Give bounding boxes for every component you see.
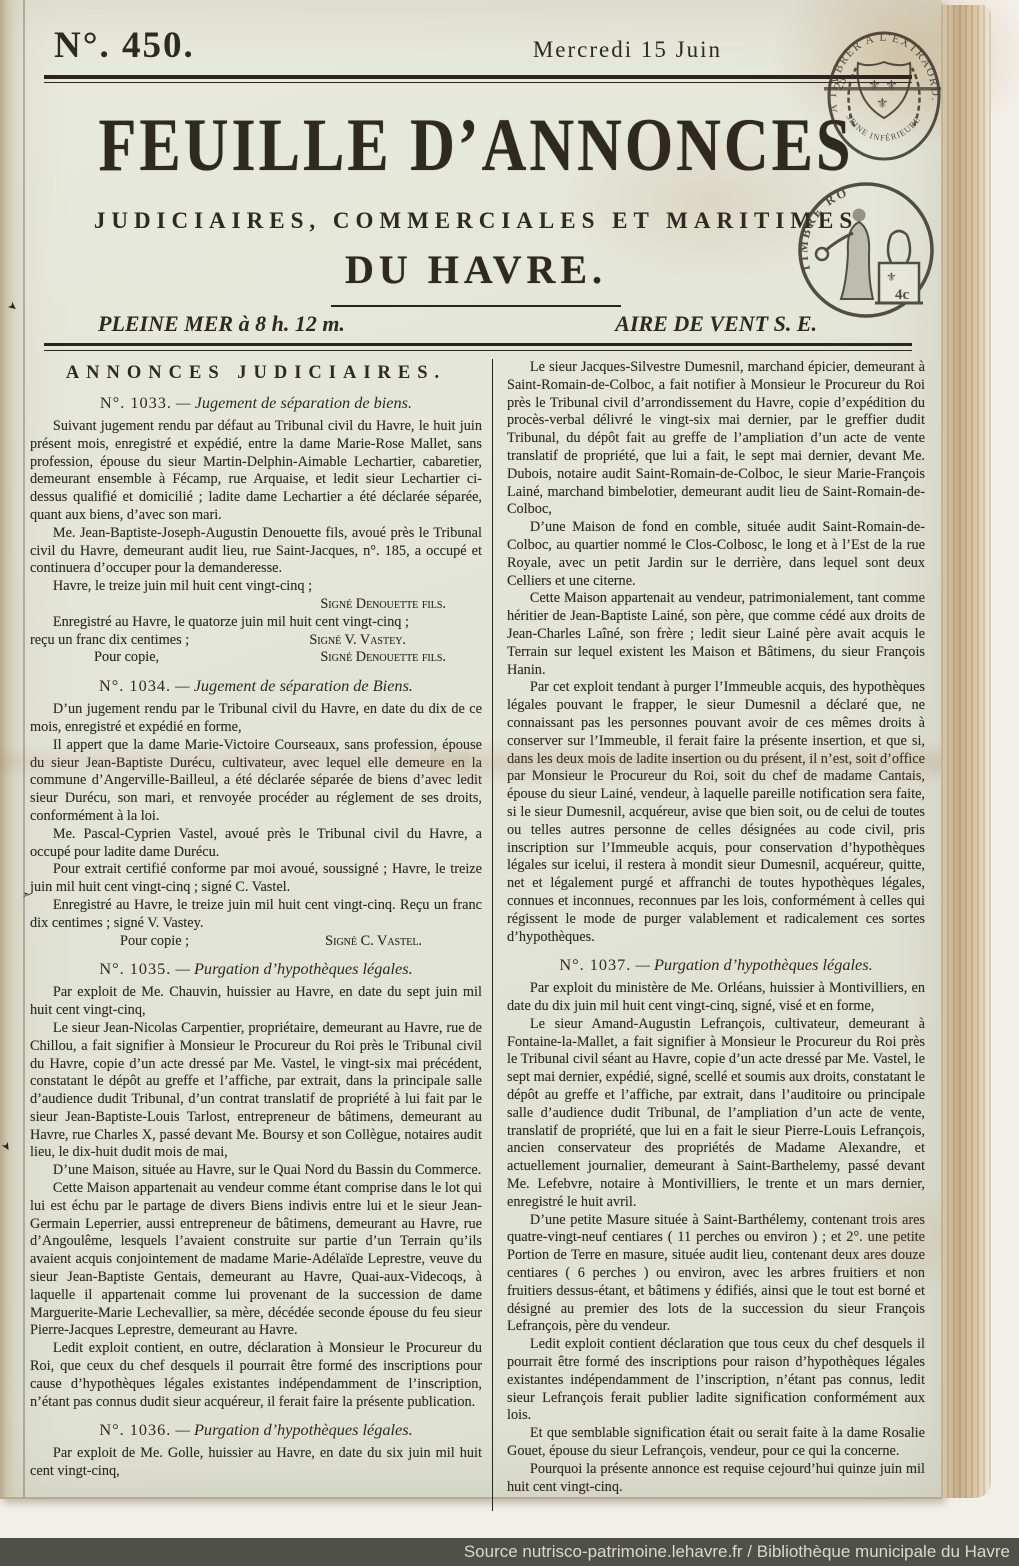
notice-subject: — Jugement de séparation de Biens.: [175, 676, 413, 695]
paragraph: Le sieur Amand-Augustin Lefrançois, cult…: [507, 1016, 925, 1212]
paragraph: Par exploit de Me. Chauvin, huissier au …: [30, 984, 482, 1020]
masthead-subtitle: JUDICIAIRES, COMMERCIALES ET MARITIMES: [40, 208, 912, 234]
signature-row: reçu un franc dix centimes ; Signé V. Va…: [30, 632, 482, 650]
notice-subject: — Purgation d’hypothèques légales.: [175, 959, 412, 978]
issue-number: N°. 450.: [54, 24, 195, 67]
svg-text:⚜: ⚜: [876, 96, 889, 112]
paragraph: Cette Maison appartenait au vendeur comm…: [30, 1180, 482, 1340]
copy-note: Pour copie ;: [30, 933, 189, 951]
notice-number: N°. 1037.: [559, 955, 631, 974]
notice-1035-title: N°. 1035. — Purgation d’hypothèques léga…: [30, 959, 482, 979]
section-heading: ANNONCES JUDICIAIRES.: [30, 363, 482, 384]
notice-number: N°. 1033.: [100, 393, 172, 412]
paragraph: Me. Jean-Baptiste-Joseph-Augustin Denoue…: [30, 525, 482, 578]
paragraph: D’un jugement rendu par le Tribunal civi…: [30, 701, 482, 737]
paragraph: Par cet exploit tendant à purger l’Immeu…: [507, 679, 925, 946]
masthead-place: DU HAVRE.: [40, 246, 912, 293]
paragraph: Le sieur Jacques-Silvestre Dumesnil, mar…: [507, 359, 925, 519]
svg-text:⚜: ⚜: [868, 78, 881, 94]
paragraph: D’une Maison de fond en comble, située a…: [507, 519, 925, 590]
tax-stamp-extraordinaire: A TIMBRER A L'EXTRAORD. SEINE INFÉRIEURE…: [824, 28, 944, 164]
notice-subject: — Jugement de séparation de biens.: [176, 393, 412, 412]
paragraph: D’une petite Masure située à Saint-Barth…: [507, 1212, 925, 1337]
paragraph: Ledit exploit contient, en outre, déclar…: [30, 1340, 482, 1411]
paragraph: Par exploit du ministère de Me. Orléans,…: [507, 980, 925, 1016]
paragraph: Suivant jugement rendu par défaut au Tri…: [30, 418, 482, 525]
paragraph: D’une Maison, située au Havre, sur le Qu…: [30, 1162, 482, 1180]
short-rule: [331, 305, 621, 307]
paragraph: Ledit exploit contient déclaration que t…: [507, 1336, 925, 1425]
svg-text:⚜: ⚜: [886, 270, 897, 284]
paragraph: Pourquoi la présente annonce est requise…: [507, 1461, 925, 1497]
notice-subject: — Purgation d’hypothèques légales.: [635, 955, 872, 974]
paragraph: Par exploit de Me. Golle, huissier au Ha…: [30, 1445, 482, 1481]
newspaper-page: ➤ ➣ ➤ N°. 450. Mercredi 15 Juin FEUILLE …: [0, 0, 942, 1499]
book-fore-edge: [941, 5, 991, 1498]
paragraph: Enregistré au Havre, le quatorze juin mi…: [30, 614, 482, 632]
copy-note: Pour copie,: [30, 649, 159, 667]
svg-text:⚜: ⚜: [885, 78, 898, 94]
paragraph: Le sieur Jean-Nicolas Carpentier, propri…: [30, 1020, 482, 1162]
masthead-rule: [44, 75, 912, 83]
columns-top-rule: [44, 343, 912, 351]
notice-number: N°. 1034.: [99, 676, 171, 695]
fee-note: reçu un franc dix centimes ;: [30, 632, 189, 650]
notice-subject: — Purgation d’hypothèques légales.: [175, 1420, 412, 1439]
notice-1033-title: N°. 1033. — Jugement de séparation de bi…: [30, 393, 482, 413]
signature-row: Signé Denouette fils.: [30, 596, 482, 614]
wind-info: AIRE DE VENT S. E.: [615, 311, 817, 337]
tide-info: PLEINE MER à 8 h. 12 m.: [98, 311, 345, 337]
footer-source-bar: Source nutrisco-patrimoine.lehavre.fr / …: [0, 1538, 1019, 1566]
issue-date: Mercredi 15 Juin: [533, 37, 722, 63]
timbre-royal-stamp: TIMBRE ROYAL ⚜ 4c: [790, 174, 942, 326]
paragraph: Enregistré au Havre, le treize juin mil …: [30, 897, 482, 933]
signature: Signé V. Vastey.: [309, 632, 482, 650]
column-right: Le sieur Jacques-Silvestre Dumesnil, mar…: [492, 359, 925, 1511]
masthead-title: FEUILLE D’ANNONCES: [40, 103, 912, 190]
notice-1036-title: N°. 1036. — Purgation d’hypothèques léga…: [30, 1420, 482, 1440]
column-left: ANNONCES JUDICIAIRES. N°. 1033. — Jugeme…: [30, 359, 492, 1511]
paragraph: Et que semblable signification était ou …: [507, 1425, 925, 1461]
notice-number: N°. 1036.: [99, 1420, 171, 1439]
signature-row: Pour copie, Signé Denouette fils.: [30, 649, 482, 667]
footer-source-text: Source nutrisco-patrimoine.lehavre.fr / …: [464, 1542, 1010, 1562]
notice-1034-title: N°. 1034. — Jugement de séparation de Bi…: [30, 676, 482, 696]
signature: Signé Denouette fils.: [320, 649, 482, 667]
paragraph: Me. Pascal-Cyprien Vastel, avoué près le…: [30, 826, 482, 862]
paragraph: Cette Maison appartenait au vendeur, pat…: [507, 590, 925, 679]
signature: Signé Denouette fils.: [320, 596, 482, 614]
paragraph: Havre, le treize juin mil huit cent ving…: [30, 578, 482, 596]
signature-row: Pour copie ; Signé C. Vastel.: [30, 933, 482, 951]
binding-mark: ➣: [22, 888, 31, 901]
paragraph: Il appert que la dame Marie-Victoire Cou…: [30, 737, 482, 826]
signature: Signé C. Vastel.: [325, 933, 482, 951]
notice-number: N°. 1035.: [99, 959, 171, 978]
notice-1037-title: N°. 1037. — Purgation d’hypothèques léga…: [507, 955, 925, 975]
stamp-value: 4c: [895, 287, 910, 303]
article-columns: ANNONCES JUDICIAIRES. N°. 1033. — Jugeme…: [0, 351, 942, 1511]
paragraph: Pour extrait certifié conforme par moi a…: [30, 861, 482, 897]
